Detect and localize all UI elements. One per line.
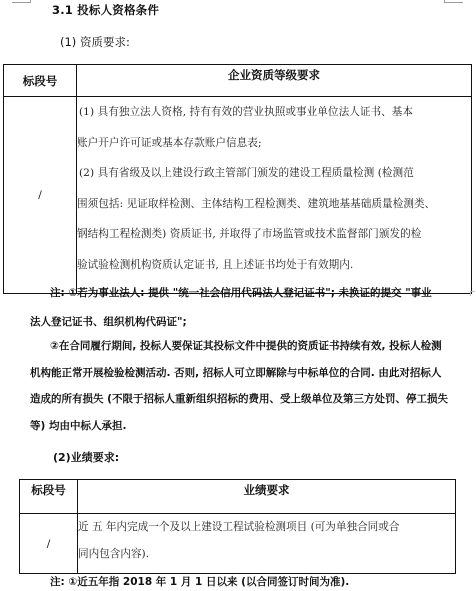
requirement-line: 账户开户许可证或基本存款账户信息表;: [77, 128, 471, 159]
requirement-line: 同内包含内容).: [78, 541, 455, 568]
note-line: 法人登记证书、组织机构代码证";: [30, 314, 187, 329]
header-section-no: 标段号: [4, 65, 77, 97]
performance-table: 标段号 业绩要求 / 近 五 年内完成一个及以上建设工程试验检测项目 (可为单独…: [19, 479, 456, 574]
requirement-line: 围须包括: 见证取样检测、主体结构工程检测类、建筑地基基础质量检测类、: [77, 189, 471, 220]
cell-section-no: /: [4, 97, 77, 294]
note-line: 机构能正常开展检验检测活动. 否则, 招标人可立即解除与中标单位的合同. 由此对…: [30, 365, 441, 380]
requirement-line: 钢结构工程检测类) 资质证书, 并取得了市场监管或技术监督部门颁发的检: [77, 219, 471, 250]
crop-mark-top-right: [444, 0, 463, 3]
crop-mark-top-left: [12, 0, 31, 3]
performance-subtitle: (2)业绩要求:: [53, 449, 119, 465]
section-title: 3.1 投标人资格条件: [52, 2, 159, 18]
note-line: ②在合同履行期间, 投标人要保证其投标文件中提供的资质证书持续有效, 投标人检测: [50, 338, 442, 353]
cell-requirement: (1) 具有独立法人资格, 持有有效的营业执照或事业单位法人证书、基本 账户开户…: [77, 97, 472, 294]
header-requirement: 业绩要求: [78, 480, 456, 514]
requirement-line: 验试验检测机构资质认定证书, 且上述证书均处于有效期内.: [77, 250, 471, 281]
cell-requirement: 近 五 年内完成一个及以上建设工程试验检测项目 (可为单独合同或合 同内包含内容…: [78, 514, 456, 574]
qualification-subtitle: (1) 资质要求:: [60, 34, 130, 50]
requirement-line: 近 五 年内完成一个及以上建设工程试验检测项目 (可为单独合同或合: [78, 514, 455, 541]
cell-section-no: /: [20, 514, 78, 574]
requirement-line: (1) 具有独立法人资格, 持有有效的营业执照或事业单位法人证书、基本: [77, 97, 471, 128]
qualification-table: 标段号 企业资质等级要求 / (1) 具有独立法人资格, 持有有效的营业执照或事…: [3, 64, 472, 294]
header-section-no: 标段号: [20, 480, 78, 514]
note-line: 注: ①近五年指 2018 年 1 月 1 日以来 (以合同签订时间为准).: [50, 574, 349, 589]
note-line: 注: ①若为事业法人: 提供 "统一社会信用代码法人登记证书"; 未换证的提交 …: [50, 285, 432, 300]
table-header-row: 标段号 企业资质等级要求: [4, 65, 472, 97]
table-row: / (1) 具有独立法人资格, 持有有效的营业执照或事业单位法人证书、基本 账户…: [4, 97, 472, 294]
table-header-row: 标段号 业绩要求: [20, 480, 456, 514]
requirement-line: (2) 具有省级及以上建设行政主管部门颁发的建设工程质量检测 (检测范: [77, 158, 471, 189]
table-row: / 近 五 年内完成一个及以上建设工程试验检测项目 (可为单独合同或合 同内包含…: [20, 514, 456, 574]
note-line: 等) 均由中标人承担.: [30, 418, 126, 433]
header-requirement: 企业资质等级要求: [77, 65, 472, 97]
margin-mark: [470, 291, 475, 296]
note-line: 造成的所有损失 (不限于招标人重新组织招标的费用、受上级单位及第三方处罚、停工损…: [30, 391, 448, 406]
